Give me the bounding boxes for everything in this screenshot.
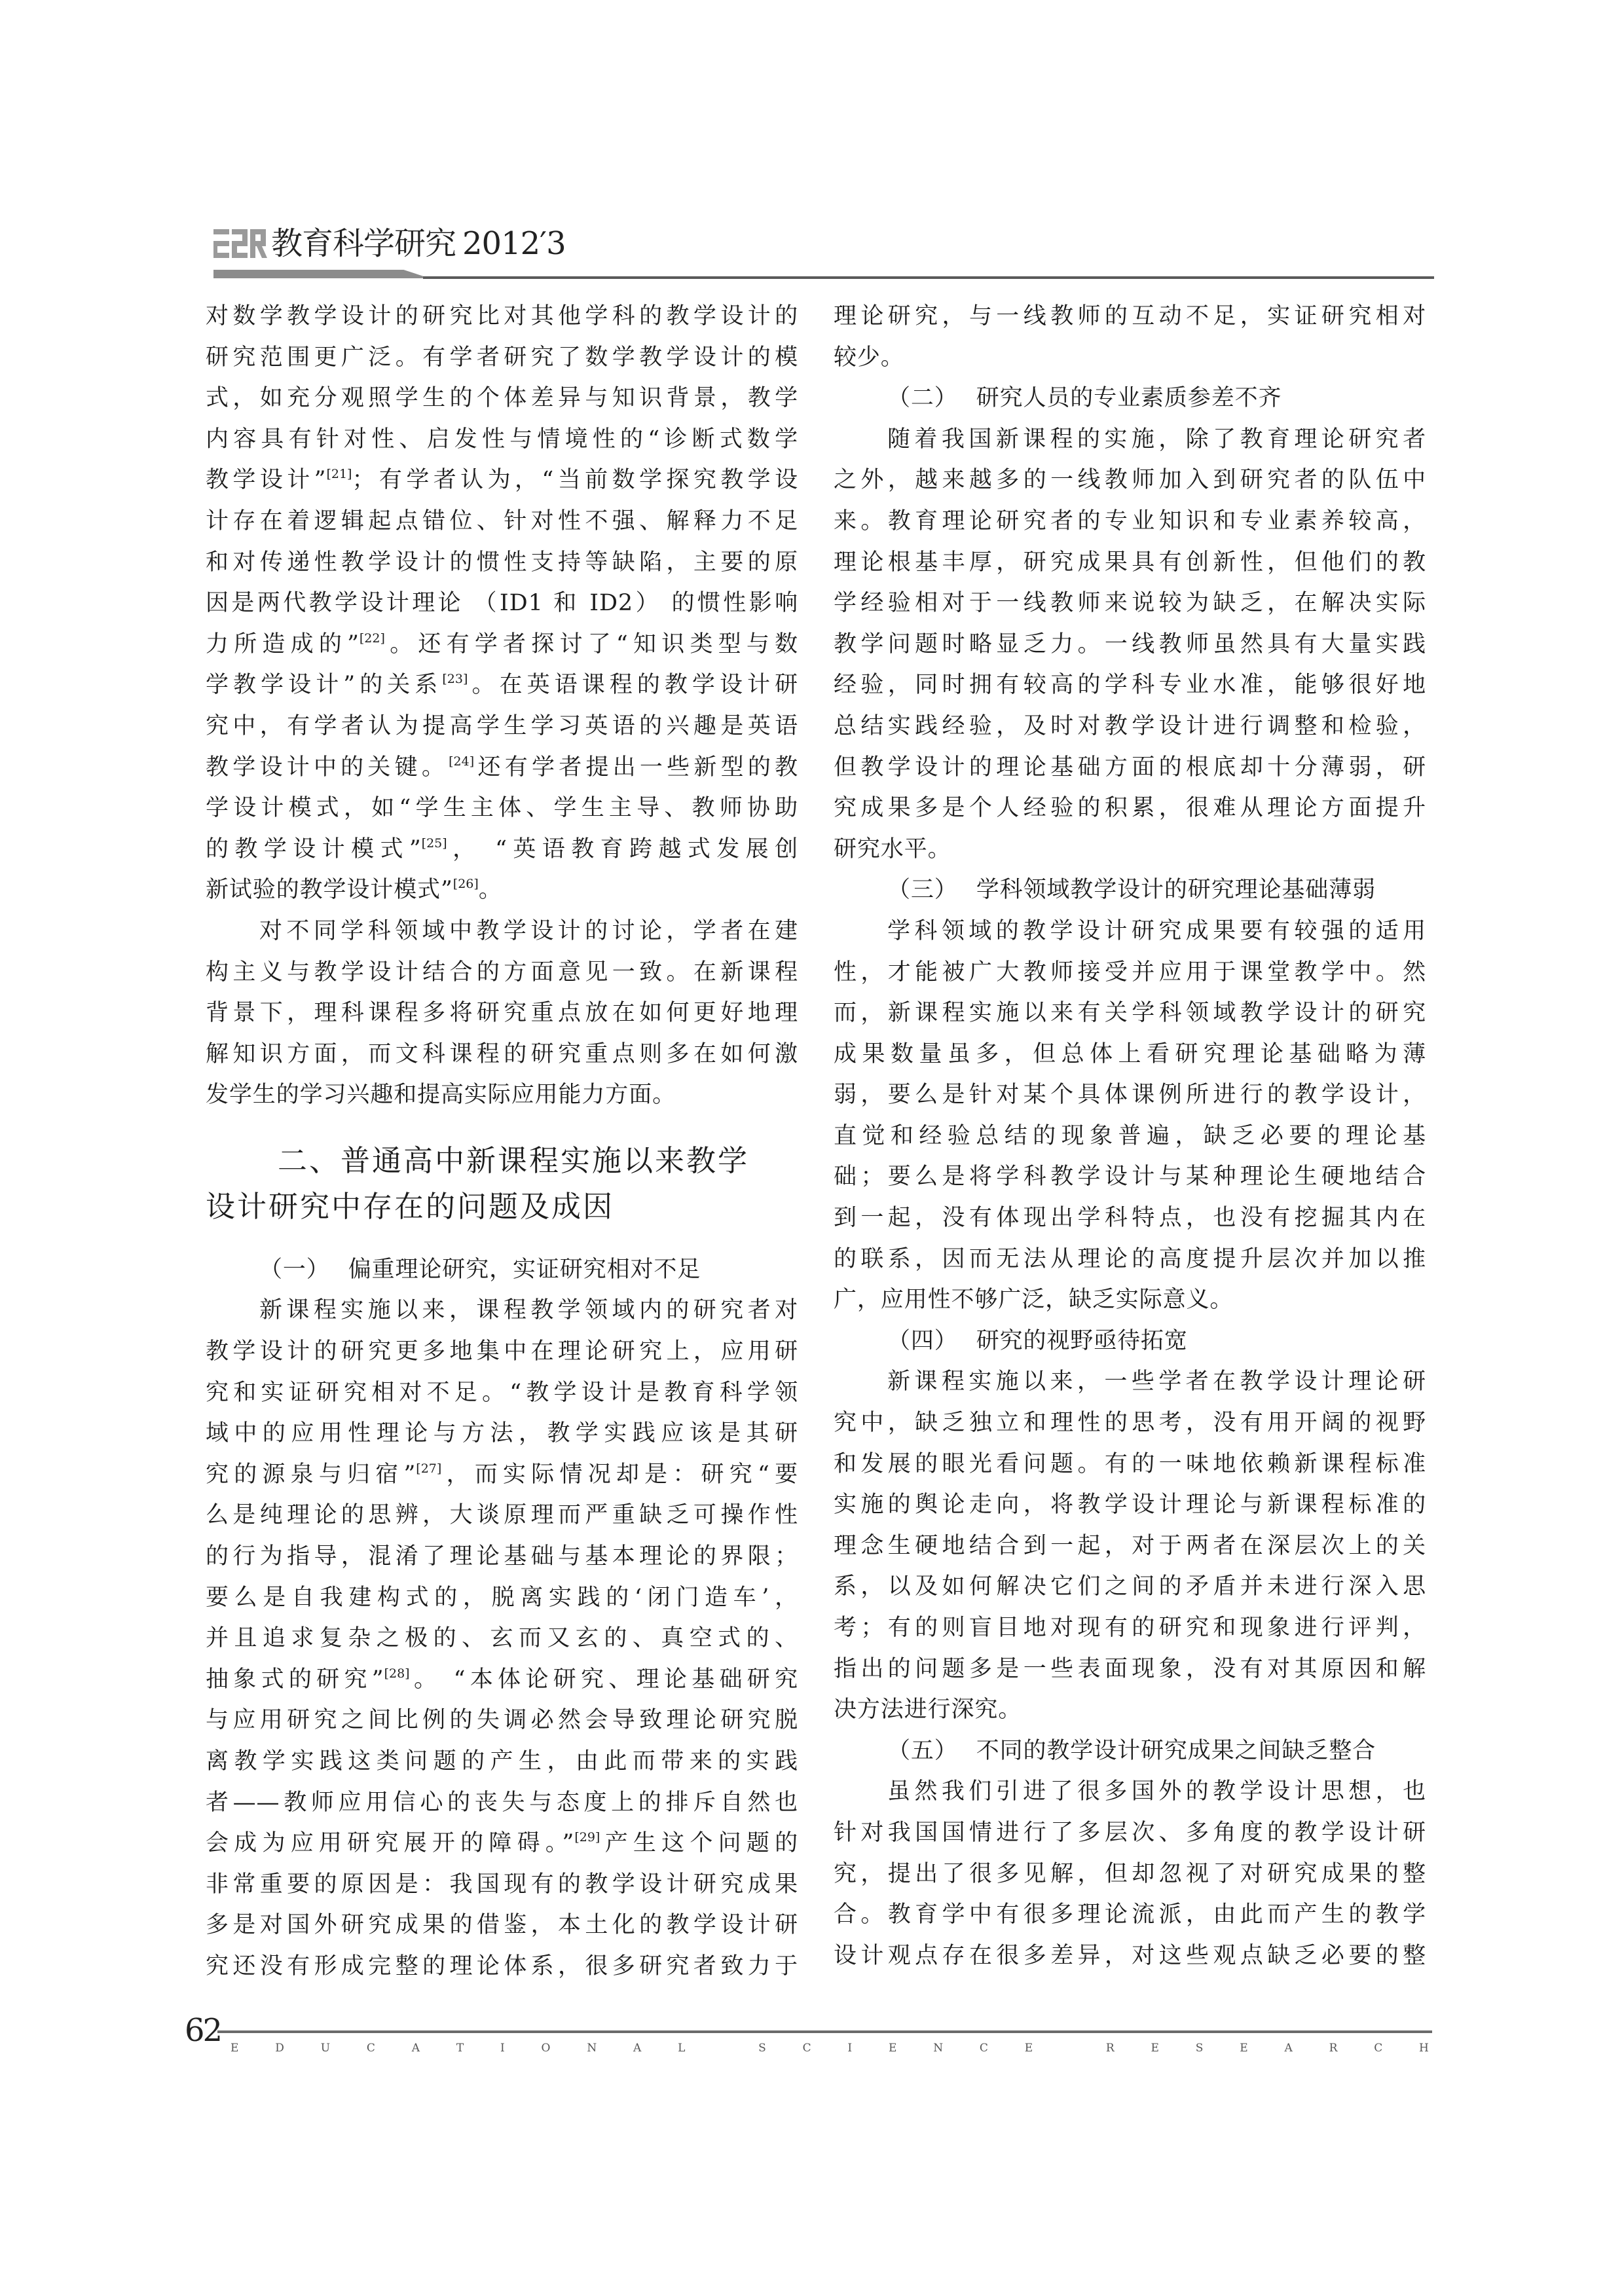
issue-number: 2012′3 [462,225,566,262]
running-footer: 62 E D U C A T I O N A L S C I E N C E R… [183,2010,1441,2063]
text-line: 理论研究，与一线教师的互动不足，实证研究相对 [834,296,1426,337]
text-line: 研究范围更广泛。有学者研究了数学教学设计的模 [206,337,798,378]
citation[interactable]: [24] [449,754,474,769]
journal-name: 教育科学研究 [271,225,456,262]
paragraph: 对不同学科领域中教学设计的讨论，学者在建 构主义与教学设计结合的方面意见一致。在… [206,911,798,1116]
left-column: 对数学教学设计的研究比对其他学科的教学设计的 研究范围更广泛。有学者研究了数学教… [206,296,798,1987]
text-line: 弱，要么是针对某个具体课例所进行的教学设计， [834,1074,1426,1116]
subsection-heading: （三）学科领域教学设计的研究理论基础薄弱 [834,870,1426,911]
text-line: 究和实证研究相对不足。“教学设计是教育科学领 [206,1372,798,1414]
text-line: 究中，有学者认为提高学生学习英语的兴趣是英语 [206,706,798,747]
text-line: 究成果多是个人经验的积累，很难从理论方面提升 [834,788,1426,829]
text-line: 总结实践经验，及时对教学设计进行调整和检验， [834,706,1426,747]
text-line: 究，提出了很多见解，但却忽视了对研究成果的整 [834,1854,1426,1895]
running-header: 教育科学研究2012′3 [213,223,1434,288]
subsection-heading: （四）研究的视野亟待拓宽 [834,1321,1426,1362]
paragraph: 新课程实施以来，一些学者在教学设计理论研 究中，缺乏独立和理性的思考，没有用开阔… [834,1361,1426,1730]
text-line: 教学设计”[21]；有学者认为，“当前数学探究教学设 [206,460,798,501]
header-rule [423,276,1434,279]
text-line: 要么是自我建构式的，脱离实践的‘闭门造车’， [206,1577,798,1619]
section-heading: 二、普通高中新课程实施以来教学 设计研究中存在的问题及成因 [206,1138,798,1230]
paragraph: 随着我国新课程的实施，除了教育理论研究者 之外，越来越多的一线教师加入到研究者的… [834,419,1426,870]
text-line: 会成为应用研究展开的障碍。”[29]产生这个问题的 [206,1823,798,1864]
text-line: 来。教育理论研究者的专业知识和专业素养较高， [834,501,1426,542]
text-line: 发学生的学习兴趣和提高实际应用能力方面。 [206,1074,798,1116]
citation[interactable]: [28] [384,1666,410,1681]
text-line: 究还没有形成完整的理论体系，很多研究者致力于 [206,1946,798,1987]
text-line: 考；有的则盲目地对现有的研究和现象进行评判， [834,1607,1426,1649]
text-line: 直觉和经验总结的现象普遍，缺乏必要的理论基 [834,1116,1426,1157]
text-line: 和发展的眼光看问题。有的一味地依赖新课程标准 [834,1444,1426,1485]
citation[interactable]: [22] [360,631,385,646]
paragraph: 对数学教学设计的研究比对其他学科的教学设计的 研究范围更广泛。有学者研究了数学教… [206,296,798,911]
page-number: 62 [185,2014,221,2047]
text-line: 但教学设计的理论基础方面的根底却十分薄弱，研 [834,747,1426,788]
text-line: 合。教育学中有很多理论流派，由此而产生的教学 [834,1894,1426,1936]
text-line: 对数学教学设计的研究比对其他学科的教学设计的 [206,296,798,337]
paragraph: 虽然我们引进了很多国外的教学设计思想，也 针对我国国情进行了多层次、多角度的教学… [834,1771,1426,1976]
text-line: 计存在着逻辑起点错位、针对性不强、解释力不足 [206,501,798,542]
text-line: 并且追求复杂之极的、玄而又玄的、真空式的、 [206,1618,798,1659]
text-line: 抽象式的研究”[28]。 “本体论研究、理论基础研究 [206,1659,798,1700]
text-line: 非常重要的原因是：我国现有的教学设计研究成果 [206,1864,798,1905]
text-line: 础；要么是将学科教学设计与某种理论生硬地结合 [834,1156,1426,1198]
journal-title: 教育科学研究2012′3 [271,224,566,263]
paragraph: 理论研究，与一线教师的互动不足，实证研究相对 较少。 [834,296,1426,378]
text-line: 指出的问题多是一些表面现象，没有对其原因和解 [834,1649,1426,1690]
paragraph: 新课程实施以来，课程教学领域内的研究者对 教学设计的研究更多地集中在理论研究上，… [206,1290,798,1987]
text-line: 教学设计的研究更多地集中在理论研究上，应用研 [206,1331,798,1372]
subsection-heading: （一）偏重理论研究，实证研究相对不足 [206,1249,798,1291]
citation[interactable]: [25] [422,836,447,851]
text-line: 到一起，没有体现出学科特点，也没有挖掘其内在 [834,1198,1426,1239]
citation[interactable]: [26] [453,877,479,891]
text-line: 究的源泉与归宿”[27]，而实际情况却是：研究“要 [206,1454,798,1496]
text-line: 究中，缺乏独立和理性的思考，没有用开阔的视野 [834,1403,1426,1444]
text-line: 学科领域的教学设计研究成果要有较强的适用 [834,911,1426,952]
text-line: 教学问题时略显乏力。一线教师虽然具有大量实践 [834,624,1426,665]
text-line: 性，才能被广大教师接受并应用于课堂教学中。然 [834,952,1426,993]
text-line: 虽然我们引进了很多国外的教学设计思想，也 [834,1771,1426,1812]
header-accent-bar [213,270,430,278]
text-line: 新课程实施以来，课程教学领域内的研究者对 [206,1290,798,1331]
text-line: 力所造成的”[22]。还有学者探讨了“知识类型与数 [206,624,798,665]
text-line: 研究水平。 [834,829,1426,870]
footer-rule [217,2030,1432,2033]
text-line: 学经验相对于一线教师来说较为缺乏，在解决实际 [834,583,1426,624]
subsection-heading: （二）研究人员的专业素质参差不齐 [834,378,1426,419]
text-line: 因是两代教学设计理论 （ID1 和 ID2） 的惯性影响 [206,583,798,624]
subsection-heading: （五）不同的教学设计研究成果之间缺乏整合 [834,1731,1426,1772]
text-line: 内容具有针对性、启发性与情境性的“诊断式数学 [206,419,798,460]
text-line: 么是纯理论的思辨，大谈原理而严重缺乏可操作性 [206,1495,798,1536]
text-line: 学教学设计”的关系[23]。在英语课程的教学设计研 [206,665,798,706]
text-line: 设计观点存在很多差异，对这些观点缺乏必要的整 [834,1936,1426,1977]
text-line: 者——教师应用信心的丧失与态度上的排斥自然也 [206,1782,798,1824]
text-line: 广，应用性不够广泛，缺乏实际意义。 [834,1279,1426,1321]
citation[interactable]: [23] [442,672,468,686]
text-line: 离教学实践这类问题的产生，由此而带来的实践 [206,1741,798,1782]
text-line: 理念生硬地结合到一起，对于两者在深层次上的关 [834,1526,1426,1567]
text-line: 与应用研究之间比例的失调必然会导致理论研究脱 [206,1700,798,1741]
text-line: 针对我国国情进行了多层次、多角度的教学设计研 [834,1812,1426,1854]
text-line: 式，如充分观照学生的个体差异与知识背景，教学 [206,378,798,419]
text-line: 解知识方面，而文科课程的研究重点则多在如何激 [206,1034,798,1075]
text-line: 域中的应用性理论与方法，教学实践应该是其研 [206,1413,798,1454]
citation[interactable]: [27] [416,1461,441,1476]
text-line: 教学设计中的关键。[24]还有学者提出一些新型的教 [206,747,798,788]
journal-logo-icon [213,228,267,261]
citation[interactable]: [21] [326,467,352,481]
text-line: 较少。 [834,337,1426,378]
text-line: 的联系，因而无法从理论的高度提升层次并加以推 [834,1239,1426,1280]
text-line: 构主义与教学设计结合的方面意见一致。在新课程 [206,952,798,993]
text-line: 而，新课程实施以来有关学科领域教学设计的研究 [834,993,1426,1034]
text-line: 对不同学科领域中教学设计的讨论，学者在建 [206,911,798,952]
text-line: 决方法进行深究。 [834,1689,1426,1731]
footer-running-title: E D U C A T I O N A L S C I E N C E R E … [231,2042,1429,2055]
text-line: 学设计模式，如“学生主体、学生主导、教师协助 [206,788,798,829]
text-line: 新课程实施以来，一些学者在教学设计理论研 [834,1361,1426,1403]
text-line: 成果数量虽多，但总体上看研究理论基础略为薄 [834,1034,1426,1075]
text-line: 多是对国外研究成果的借鉴，本土化的教学设计研 [206,1905,798,1946]
text-line: 的教学设计模式”[25]， “英语教育跨越式发展创 [206,829,798,870]
text-line: 实施的舆论走向，将教学设计理论与新课程标准的 [834,1484,1426,1526]
text-line: 背景下，理科课程多将研究重点放在如何更好地理 [206,993,798,1034]
text-line: 理论根基丰厚，研究成果具有创新性，但他们的教 [834,542,1426,583]
text-line: 随着我国新课程的实施，除了教育理论研究者 [834,419,1426,460]
text-line: 的行为指导，混淆了理论基础与基本理论的界限； [206,1536,798,1577]
text-line: 新试验的教学设计模式”[26]。 [206,870,798,911]
text-line: 和对传递性教学设计的惯性支持等缺陷，主要的原 [206,542,798,583]
text-line: 经验，同时拥有较高的学科专业水准，能够很好地 [834,665,1426,706]
text-line: 系，以及如何解决它们之间的矛盾并未进行深入思 [834,1566,1426,1607]
right-column: 理论研究，与一线教师的互动不足，实证研究相对 较少。 （二）研究人员的专业素质参… [834,296,1426,1976]
text-line: 之外，越来越多的一线教师加入到研究者的队伍中 [834,460,1426,501]
paragraph: 学科领域的教学设计研究成果要有较强的适用 性，才能被广大教师接受并应用于课堂教学… [834,911,1426,1321]
citation[interactable]: [29] [574,1830,600,1845]
